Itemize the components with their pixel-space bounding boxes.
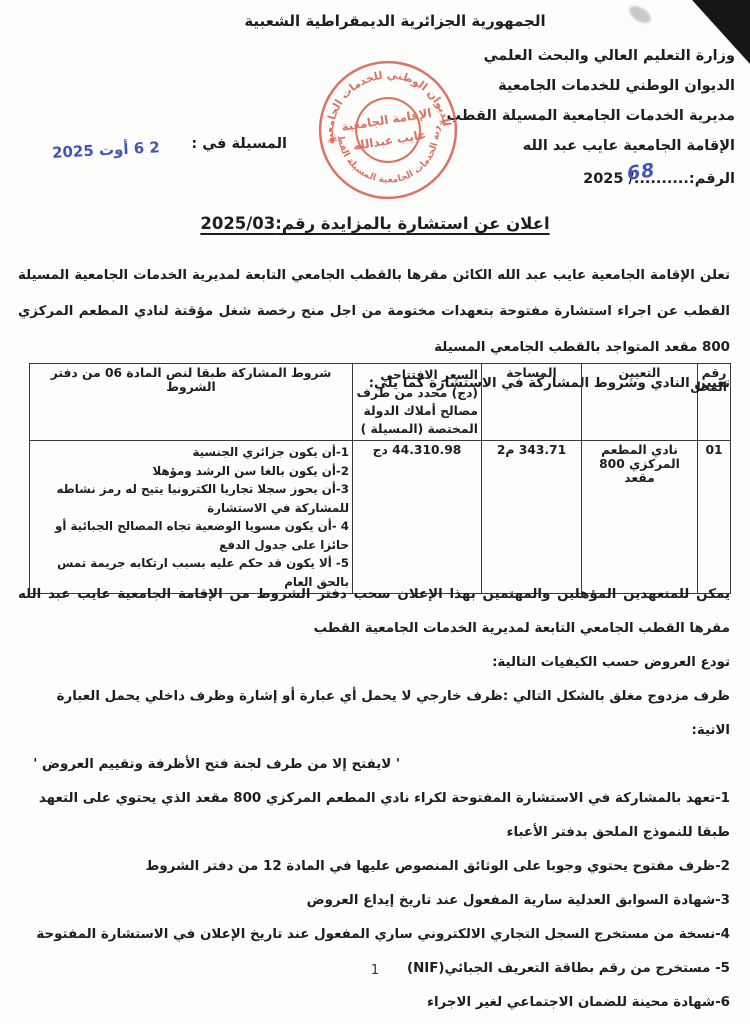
date-stamp-handwritten: 2 6 أوت 2025 — [52, 138, 161, 162]
envelope-instructions: ظرف مزدوج مغلق بالشكل التالي :ظرف خارجي … — [18, 680, 730, 748]
body-section: يمكن للمتعهدين المؤهلين والمهتمين بهذا ا… — [18, 578, 730, 1020]
envelope-quote-line: ' لايفتح إلا من طرف لجنة فتح الأظرفة وتق… — [18, 748, 730, 782]
cell-shop-number: 01 — [698, 441, 731, 594]
reference-line: الرقم:........../ 2025 68 — [583, 164, 735, 194]
cell-opening-price: 44.310.98 دج — [353, 441, 482, 594]
scan-smudge — [626, 3, 653, 27]
header-republic: الجمهورية الجزائرية الديمقراطية الشعبية — [215, 12, 575, 30]
round-official-stamp-icon: الديوان الوطني للخدمات الجامعية مديرية ا… — [306, 48, 471, 213]
withdraw-paragraph: يمكن للمتعهدين المؤهلين والمهتمين بهذا ا… — [18, 578, 730, 646]
required-doc-item: 1-تعهد بالمشاركة في الاستشارة المفتوحة ل… — [18, 782, 730, 850]
col-header-area: المساحة — [482, 364, 582, 441]
cell-area: 343.71 م2 — [482, 441, 582, 594]
required-doc-item: 2-ظرف مفتوح يحتوي وجوبا على الوثائق المن… — [18, 850, 730, 884]
consultation-table: رقم المحل التعيين المساحة السعر الافتتاح… — [29, 363, 731, 594]
col-header-opening-price: السعر الافتتاحي (دج) محدد من طرف مصالح أ… — [353, 364, 482, 441]
cell-conditions: 1-أن يكون جزائري الجنسية 2-أن يكون بالغا… — [30, 441, 353, 594]
condition-item: 1-أن يكون جزائري الجنسية — [33, 443, 349, 462]
page-number: 1 — [0, 963, 750, 978]
condition-item: 2-أن يكون بالغا سن الرشد ومؤهلا — [33, 462, 349, 481]
envelope-quote: ' لايفتح إلا من طرف لجنة فتح الأظرفة وتق… — [33, 748, 400, 782]
scanned-document-page: الجمهورية الجزائرية الديمقراطية الشعبية … — [0, 0, 750, 1024]
col-header-shop-number: رقم المحل — [698, 364, 731, 441]
required-doc-item: 3-شهادة السوابق العدلية سارية المفعول عن… — [18, 884, 730, 918]
cell-designation: نادي المطعم المركزي 800 مقعد — [582, 441, 698, 594]
table-row: 01 نادي المطعم المركزي 800 مقعد 343.71 م… — [30, 441, 731, 594]
stamp-center-line2: عايب عبدالله — [352, 128, 427, 153]
condition-item: 4 -أن يكون مسويا الوضعية تجاه المصالح ال… — [33, 517, 349, 554]
intro-paragraph: تعلن الإقامة الجامعية عايب عبد الله الكا… — [18, 258, 730, 366]
col-header-conditions: شروط المشاركة طبقا لنص المادة 06 من دفتر… — [30, 364, 353, 441]
reference-text: الرقم:........../ 2025 — [583, 171, 735, 187]
place-date-label: المسيلة في : — [191, 136, 287, 152]
required-doc-item: 6-شهادة محينة للضمان الاجتماعي لغير الاج… — [18, 986, 730, 1020]
handwritten-ref-number: 68 — [625, 155, 657, 189]
col-header-designation: التعيين — [582, 364, 698, 441]
table-header-row: رقم المحل التعيين المساحة السعر الافتتاح… — [30, 364, 731, 441]
announcement-title: اعلان عن استشارة بالمزايدة رقم:2025/03 — [0, 214, 750, 233]
submission-intro: تودع العروض حسب الكيفيات التالية: — [18, 646, 730, 680]
condition-item: 3-أن يحوز سجلا تجاريا الكترونيا يتيح له … — [33, 480, 349, 517]
required-doc-item: 4-نسخة من مستخرج السجل التجاري الالكترون… — [18, 918, 730, 952]
